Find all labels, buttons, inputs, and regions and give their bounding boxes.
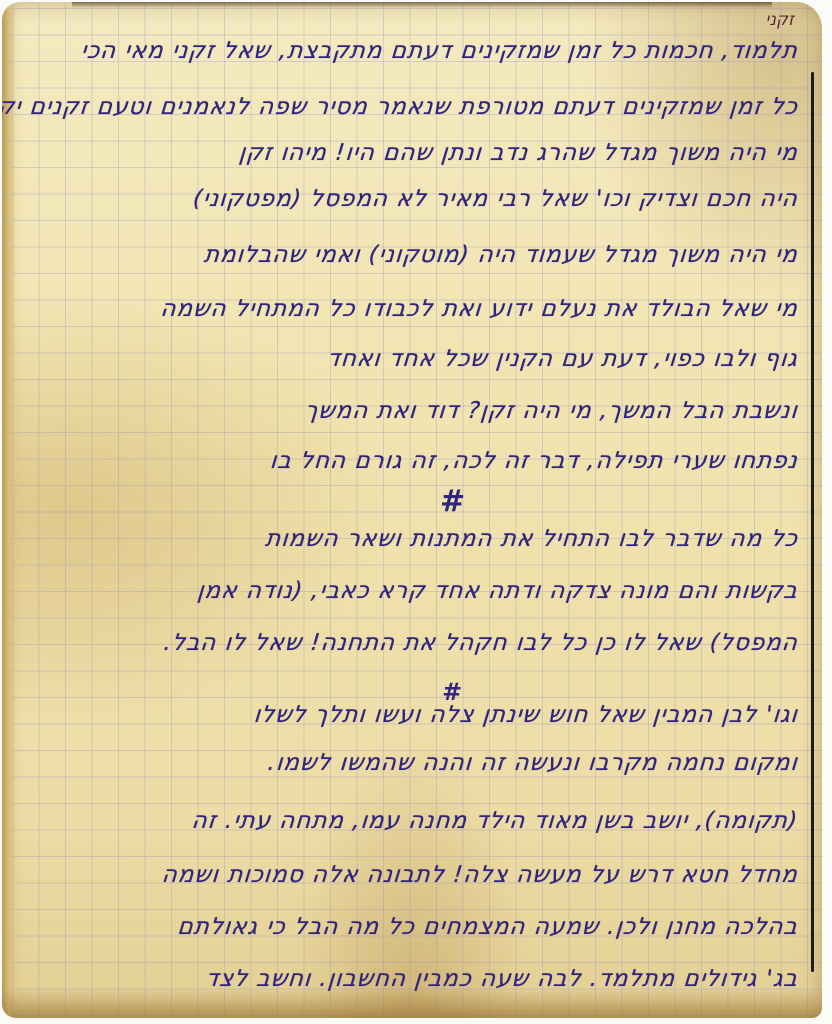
text-line: המפסל) שאל לו כן כל לבו חקהל את התחנה! ש…	[21, 630, 800, 656]
hash-mark: #	[442, 678, 462, 706]
handwritten-text-block: תלמוד, חכמות כל זמן שמזקינים דעתם מתקבצת…	[22, 2, 798, 1018]
text-line: מי היה משוך מגדל שעמוד היה (מוטקוני) ואמ…	[21, 242, 800, 268]
text-line: נפתחו שערי תפילה, דבר זה לכה, זה גורם הח…	[21, 448, 800, 474]
notebook-binding-edge	[811, 72, 814, 972]
text-line: בהלכה מחנן ולכן. שמעה המצמחים כל מה הבל …	[21, 914, 800, 940]
text-line: מי היה משוך מגדל שהרג נדב ונתן שהם היו! …	[21, 140, 800, 166]
text-line: כל זמן שמזקינים דעתם מטורפת שנאמר מסיר ש…	[21, 94, 800, 120]
text-line: מי שאל הבולד את נעלם ידוע ואת לכבודו כל …	[21, 296, 800, 322]
text-line: גוף ולבו כפוי, דעת עם הקנין שכל אחד ואחד	[21, 346, 800, 372]
page-left-edge	[2, 2, 16, 1018]
text-line: וגו' לבן המבין שאל חוש שינתן צלה ועשו ות…	[21, 702, 800, 728]
text-line: (תקומה), יושב בשן מאוד הילד מחנה עמו, מת…	[21, 808, 800, 834]
text-line: בקשות והם מונה צדקה ודתה אחד קרא כאבי, (…	[21, 578, 800, 604]
text-line: ונשבת הבל המשך, מי היה זקן? דוד ואת המשך	[21, 398, 800, 424]
notebook-page: זקני תלמוד, חכמות כל זמן שמזקינים דעתם מ…	[2, 2, 822, 1018]
text-line: ומקום נחמה מקרבו ונעשה זה והנה שהמשו לשמ…	[21, 750, 800, 776]
text-line: היה חכם וצדיק וכו' שאל רבי מאיר לא המפסל…	[21, 186, 800, 212]
text-line: תלמוד, חכמות כל זמן שמזקינים דעתם מתקבצת…	[21, 38, 800, 64]
text-line: מחדל חטא דרש על מעשה צלה! לתבונה אלה סמו…	[21, 862, 800, 888]
text-line: בג' גידולים מתלמד. לבה שעה כמבין החשבון.…	[21, 966, 800, 992]
text-line: כל מה שדבר לבו התחיל את המתנות ושאר השמו…	[21, 526, 800, 552]
hash-mark: #	[440, 484, 465, 519]
